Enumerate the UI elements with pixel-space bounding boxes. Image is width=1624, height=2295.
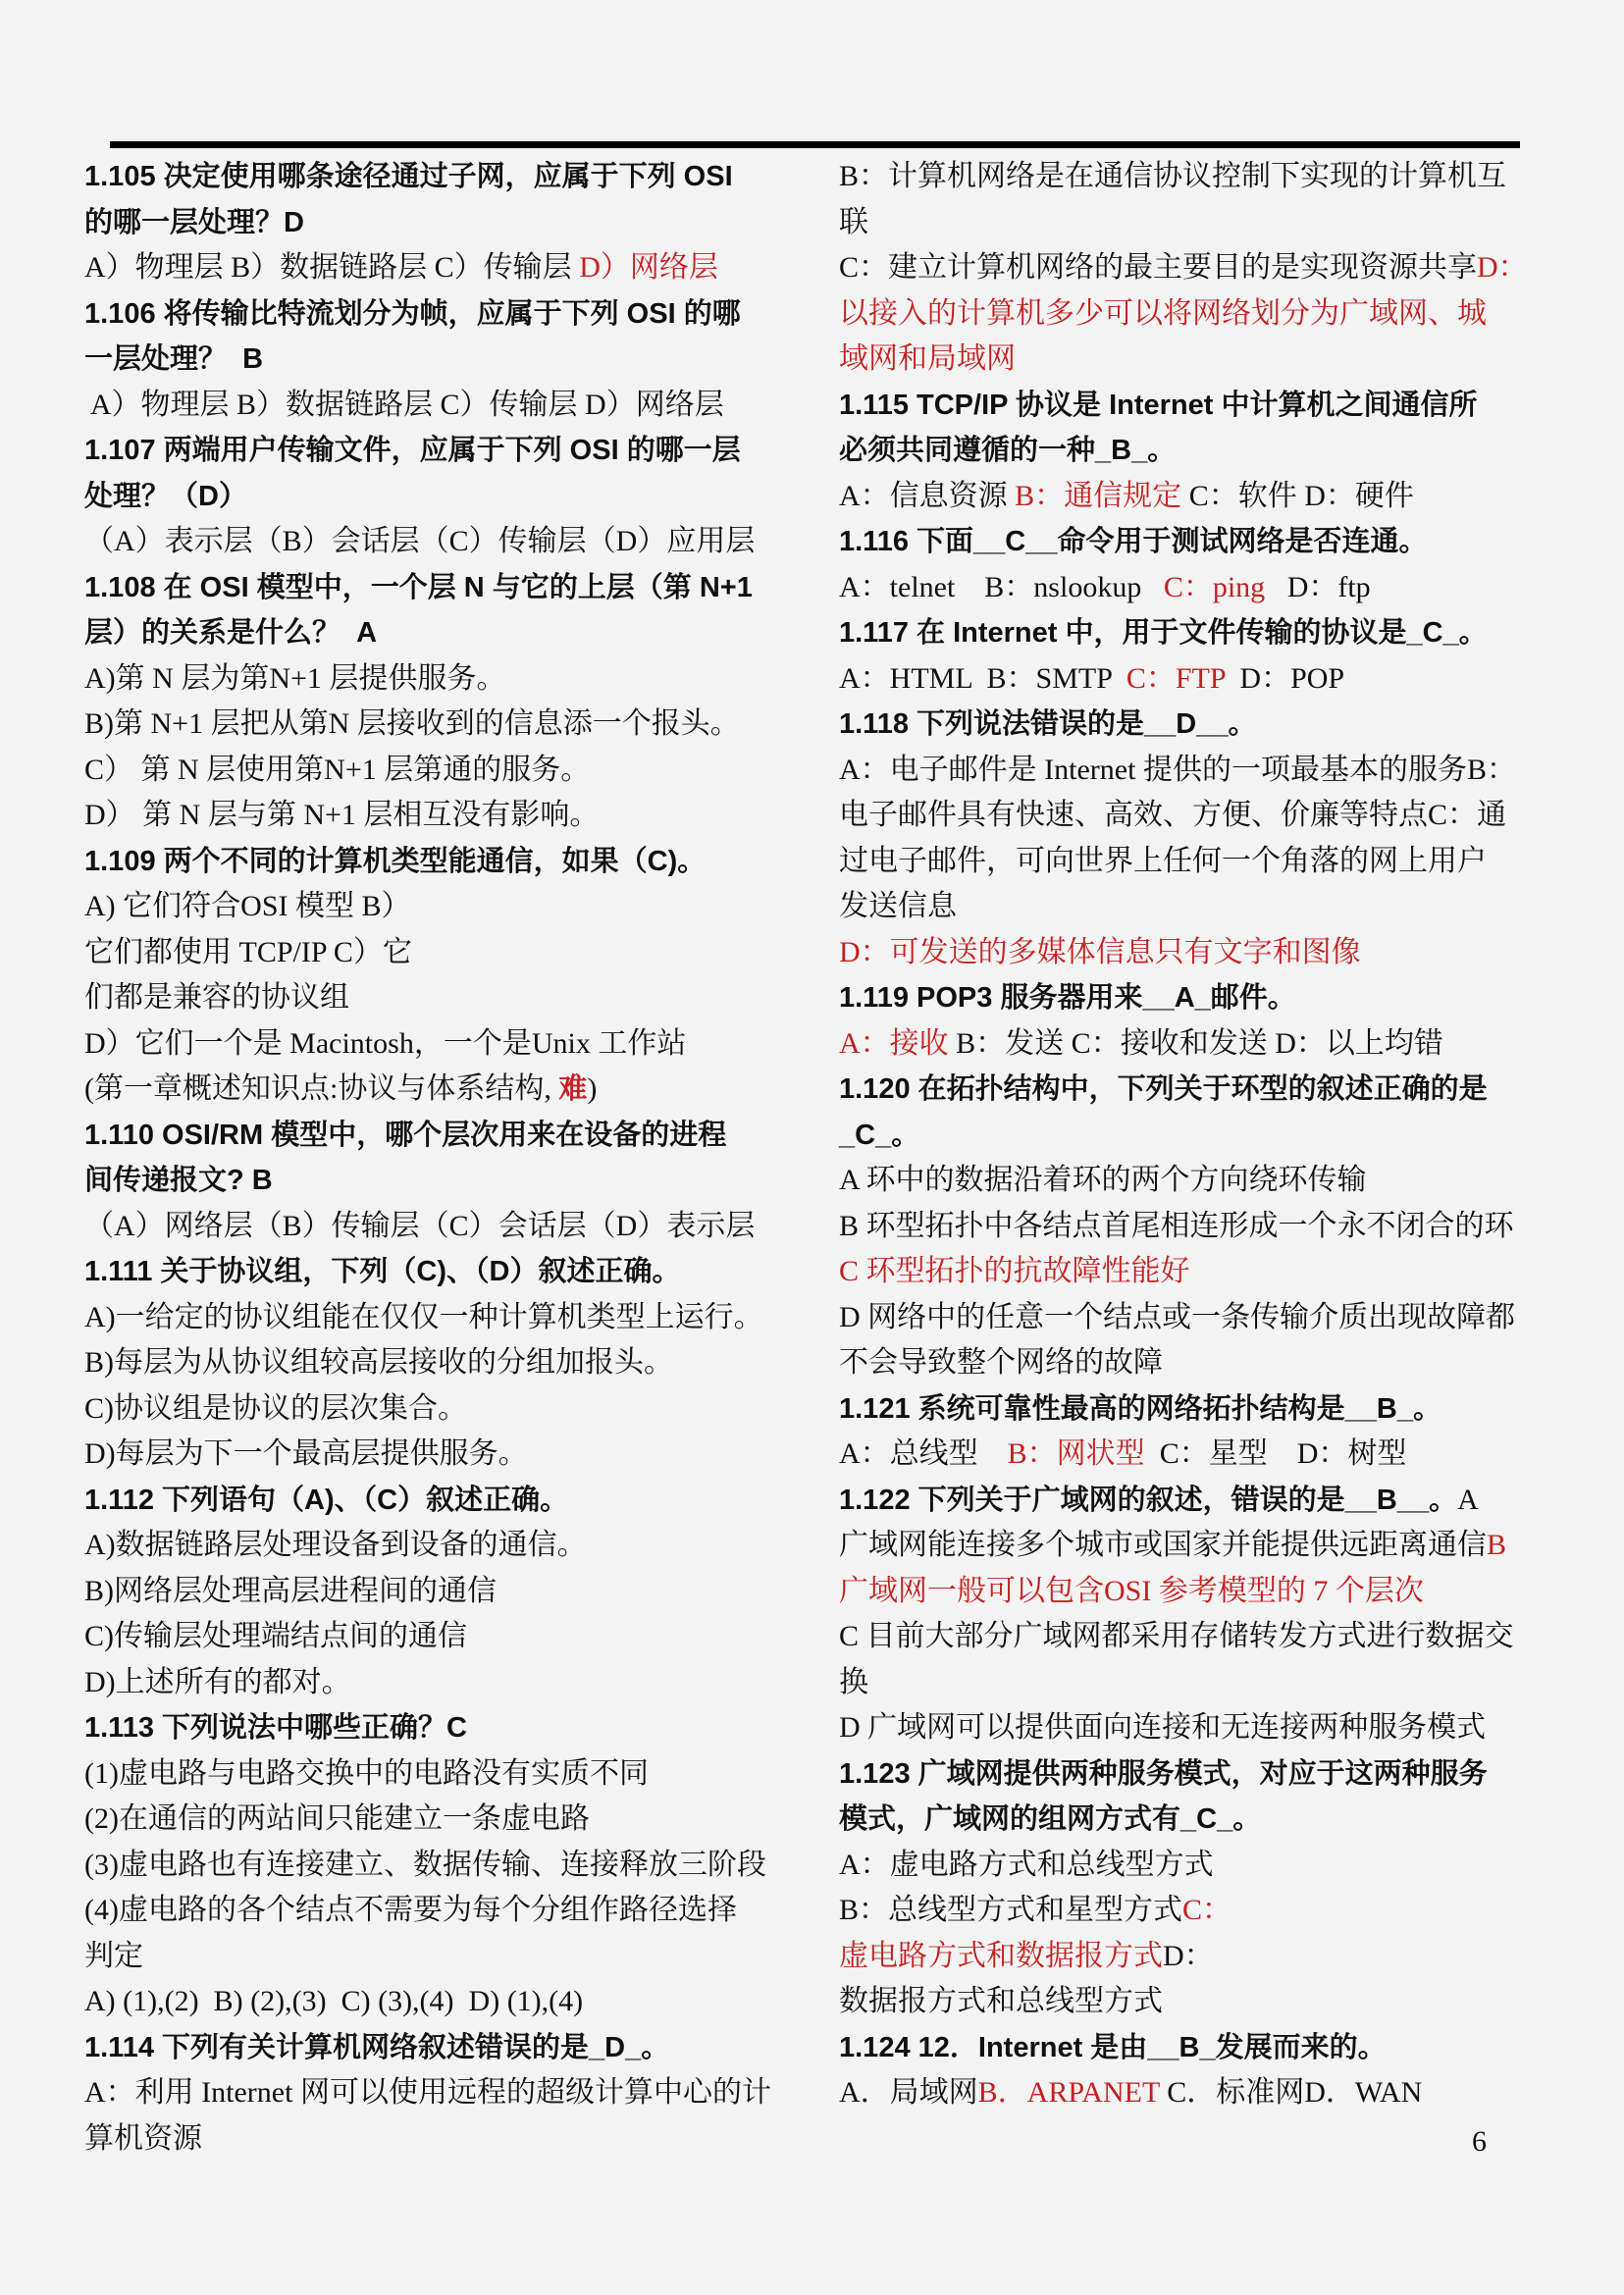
text-segment: A)一给定的协议组能在仅仅一种计算机类型上运行。 [84,1301,763,1333]
text-segment: A 环中的数据沿着环的两个方向绕环传输 [839,1164,1367,1196]
text-segment: A：虚电路方式和总线型方式 [839,1849,1214,1881]
text-line: A)第 N 层为第N+1 层提供服务。 [84,656,796,703]
text-line: (3)虚电路也有连接建立、数据传输、连接释放三阶段 [84,1843,796,1889]
text-line: 1.123 广域网提供两种服务模式，对应于这两种服务 [839,1751,1541,1798]
text-line: 一层处理？ B [84,337,796,383]
text-segment: A）物理层 B）数据链路层 C）传输层 [84,251,579,284]
text-segment: 以接入的计算机多少可以将网络划分为广域网、城 [839,297,1487,330]
text-line: D)上述所有的都对。 [84,1660,796,1706]
text-segment: D 广域网可以提供面向连接和无连接两种服务模式 [839,1711,1486,1744]
top-rule [110,141,1520,148]
text-segment: 1.120 在拓扑结构中，下列关于环型的叙述正确的是 [839,1073,1488,1105]
text-line: A．局域网B．ARPANET C．标准网D．WAN [839,2070,1541,2116]
text-segment: 间传递报文? B [84,1165,273,1196]
text-line: 1.114 下列有关计算机网络叙述错误的是_D_。 [84,2025,796,2071]
text-segment: 层）的关系是什么？ A [84,617,377,649]
text-line: A) 它们符合OSI 模型 B） [84,884,796,930]
text-line: 必须共同遵循的一种_B_。 [839,428,1541,474]
text-segment: 1.108 在 OSI 模型中，一个层 N 与它的上层（第 N+1 [84,572,753,603]
text-line: 间传递报文? B [84,1158,796,1204]
text-segment: 1.123 广域网提供两种服务模式，对应于这两种服务 [839,1758,1488,1790]
text-segment: A)第 N 层为第N+1 层提供服务。 [84,662,505,695]
text-line: C） 第 N 层使用第N+1 层第通的服务。 [84,748,796,794]
text-segment: 1.116 下面__C__命令用于测试网络是否连通。 [839,526,1428,557]
right-column: B：计算机网络是在通信协议控制下实现的计算机互联C：建立计算机网络的最主要目的是… [839,154,1541,2116]
text-segment: 1.121 系统可靠性最高的网络拓扑结构是__B_。 [839,1393,1441,1425]
text-line: 虚电路方式和数据报方式D： [839,1934,1541,1980]
text-segment: 1.114 下列有关计算机网络叙述错误的是_D_。 [84,2032,669,2063]
text-line: A)一给定的协议组能在仅仅一种计算机类型上运行。 [84,1295,796,1341]
text-segment: A：接收 [839,1027,949,1060]
text-segment: B)每层为从协议组较高层接收的分组加报头。 [84,1346,673,1379]
text-line: C)协议组是协议的层次集合。 [84,1386,796,1433]
text-segment: B)网络层处理高层进程间的通信 [84,1575,497,1607]
text-line: （A）表示层（B）会话层（C）传输层（D）应用层 [84,519,796,565]
text-line: 1.118 下列说法错误的是__D__。 [839,702,1541,748]
text-line: 1.115 TCP/IP 协议是 Internet 中计算机之间通信所 [839,383,1541,429]
text-line: A 环中的数据沿着环的两个方向绕环传输 [839,1158,1541,1204]
text-segment: 它们都使用 TCP/IP C）它 [84,936,412,968]
text-segment: _C_。 [839,1120,919,1151]
text-segment: 1.109 两个不同的计算机类型能通信，如果（C)。 [84,846,706,877]
text-segment: 换 [839,1666,868,1698]
text-segment: C：星型 D：树型 [1145,1437,1407,1470]
text-segment: D）它们一个是 Macintosh，一个是Unix 工作站 [84,1027,686,1060]
text-segment: 广域网能连接多个城市或国家并能提供远距离通信 [839,1529,1487,1561]
text-line: (第一章概述知识点:协议与体系结构, 难) [84,1067,796,1113]
text-segment: ) [587,1072,597,1105]
text-line: D)每层为下一个最高层提供服务。 [84,1432,796,1478]
text-segment: 必须共同遵循的一种_B_。 [839,435,1176,466]
text-line: _C_。 [839,1113,1541,1159]
text-segment: D： [1477,251,1528,284]
text-segment: 1.107 两端用户传输文件，应属于下列 OSI 的哪一层 [84,435,741,466]
text-segment: B：总线型方式和星型方式 [839,1894,1182,1926]
text-segment: （A）网络层（B）传输层（C）会话层（D）表示层 [84,1210,755,1242]
text-line: C：建立计算机网络的最主要目的是实现资源共享D： [839,245,1541,291]
text-segment: C：ping [1164,571,1265,603]
text-segment: 们都是兼容的协议组 [84,981,349,1014]
text-segment: B：通信规定 [1015,480,1181,512]
text-line: B)网络层处理高层进程间的通信 [84,1569,796,1615]
text-segment: 1.112 下列语句（A)、（C）叙述正确。 [84,1485,568,1516]
text-line: 过电子邮件，可向世界上任何一个角落的网上用户 [839,839,1541,885]
text-segment: 虚电路方式和数据报方式 [839,1940,1163,1972]
text-segment: 处理？（D） [84,481,247,512]
text-line: 层）的关系是什么？ A [84,610,796,656]
text-segment: A：HTML B：SMTP [839,662,1126,695]
text-segment: 1.110 OSI/RM 模型中，哪个层次用来在设备的进程 [84,1120,726,1151]
text-segment: B)第 N+1 层把从第N 层接收到的信息添一个报头。 [84,707,740,740]
text-segment: C．标准网D．WAN [1160,2076,1423,2109]
text-segment: 难 [558,1073,587,1105]
text-segment: 1.113 下列说法中哪些正确？C [84,1712,467,1744]
text-segment: A)数据链路层处理设备到设备的通信。 [84,1529,587,1561]
text-line: 1.120 在拓扑结构中，下列关于环型的叙述正确的是 [839,1067,1541,1113]
text-line: D：可发送的多媒体信息只有文字和图像 [839,930,1541,976]
text-line: 不会导致整个网络的故障 [839,1340,1541,1386]
text-line: 广域网能连接多个城市或国家并能提供远距离通信B [839,1523,1541,1569]
text-line: A：信息资源 B：通信规定 C：软件 D：硬件 [839,474,1541,520]
text-line: A：接收 B：发送 C：接收和发送 D：以上均错 [839,1021,1541,1068]
text-segment: (第一章概述知识点:协议与体系结构, [84,1072,558,1105]
text-line: D 网络中的任意一个结点或一条传输介质出现故障都 [839,1295,1541,1341]
text-line: A：利用 Internet 网可以使用远程的超级计算中心的计 [84,2070,796,2116]
text-segment: C 目前大部分广域网都采用存储转发方式进行数据交 [839,1620,1514,1652]
text-segment: A [1457,1484,1479,1516]
left-column: 1.105 决定使用哪条途径通过子网，应属于下列 OSI的哪一层处理？DA）物理… [84,154,796,2162]
text-line: D） 第 N 层与第 N+1 层相互没有影响。 [84,793,796,839]
text-segment: 的哪一层处理？D [84,207,304,238]
text-segment: D） 第 N 层与第 N+1 层相互没有影响。 [84,799,599,831]
text-line: 域网和局域网 [839,337,1541,383]
text-line: D 广域网可以提供面向连接和无连接两种服务模式 [839,1705,1541,1751]
text-segment: 1.105 决定使用哪条途径通过子网，应属于下列 OSI [84,161,733,192]
text-line: D）它们一个是 Macintosh，一个是Unix 工作站 [84,1021,796,1068]
text-segment: 判定 [84,1940,143,1972]
text-segment: B：发送 C：接收和发送 D：以上均错 [949,1027,1443,1060]
text-segment: 1.111 关于协议组，下列（C)、（D）叙述正确。 [84,1256,680,1287]
text-segment: 1.124 12．Internet 是由__B_发展而来的。 [839,2032,1387,2063]
text-line: 模式，广域网的组网方式有_C_。 [839,1797,1541,1843]
text-segment: A．局域网 [839,2076,978,2109]
text-line: 1.108 在 OSI 模型中，一个层 N 与它的上层（第 N+1 [84,565,796,611]
text-line: 1.113 下列说法中哪些正确？C [84,1705,796,1751]
text-line: 1.111 关于协议组，下列（C)、（D）叙述正确。 [84,1249,796,1295]
text-segment: A：总线型 [839,1437,1008,1470]
text-segment: 不会导致整个网络的故障 [839,1346,1163,1379]
page-number: 6 [1472,2125,1487,2159]
document-page: 1.105 决定使用哪条途径通过子网，应属于下列 OSI的哪一层处理？DA）物理… [0,0,1624,2295]
text-line: B：总线型方式和星型方式C： [839,1888,1541,1934]
text-segment: 1.119 POP3 服务器用来__A_邮件。 [839,982,1296,1014]
text-segment: 数据报方式和总线型方式 [839,1985,1163,2017]
text-segment: 一层处理？ B [84,343,263,375]
text-line: （A）网络层（B）传输层（C）会话层（D）表示层 [84,1204,796,1250]
text-segment: 1.106 将传输比特流划分为帧，应属于下列 OSI 的哪 [84,298,741,330]
text-line: 数据报方式和总线型方式 [839,1979,1541,2025]
text-line: C)传输层处理端结点间的通信 [84,1614,796,1660]
text-line: A：总线型 B：网状型 C：星型 D：树型 [839,1432,1541,1478]
text-segment: A：电子邮件是 Internet 提供的一项最基本的服务B： [839,754,1516,786]
text-line: 1.119 POP3 服务器用来__A_邮件。 [839,975,1541,1021]
text-segment: 发送信息 [839,890,957,922]
text-segment: B：计算机网络是在通信协议控制下实现的计算机互 [839,160,1506,192]
text-line: 处理？（D） [84,474,796,520]
text-line: 1.109 两个不同的计算机类型能通信，如果（C)。 [84,839,796,885]
text-line: A：电子邮件是 Internet 提供的一项最基本的服务B： [839,748,1541,794]
text-segment: 1.122 下列关于广域网的叙述，错误的是__B__。 [839,1485,1457,1516]
text-line: A) (1),(2) B) (2),(3) C) (3),(4) D) (1),… [84,1979,796,2025]
text-line: 1.110 OSI/RM 模型中，哪个层次用来在设备的进程 [84,1113,796,1159]
text-line: (1)虚电路与电路交换中的电路没有实质不同 [84,1751,796,1798]
text-line: C 目前大部分广域网都采用存储转发方式进行数据交 [839,1614,1541,1660]
text-segment: D)每层为下一个最高层提供服务。 [84,1437,528,1470]
text-segment: (3)虚电路也有连接建立、数据传输、连接释放三阶段 [84,1849,766,1881]
text-segment: （A）表示层（B）会话层（C）传输层（D）应用层 [84,525,755,557]
text-segment: 广域网一般可以包含OSI 参考模型的 7 个层次 [839,1575,1424,1607]
text-line: B：计算机网络是在通信协议控制下实现的计算机互 [839,154,1541,200]
text-line: A）物理层 B）数据链路层 C）传输层 D）网络层 [84,383,796,429]
text-line: 它们都使用 TCP/IP C）它 [84,930,796,976]
text-line: A：telnet B：nslookup C：ping D：ftp [839,565,1541,611]
text-line: 1.122 下列关于广域网的叙述，错误的是__B__。A [839,1478,1541,1524]
text-segment: C：软件 D：硬件 [1181,480,1414,512]
text-segment: A) 它们符合OSI 模型 B） [84,890,411,922]
text-segment: C 环型拓扑的抗故障性能好 [839,1255,1190,1287]
text-segment: A：利用 Internet 网可以使用远程的超级计算中心的计 [84,2076,771,2109]
text-segment: D：POP [1225,662,1344,695]
text-line: B 环型拓扑中各结点首尾相连形成一个永不闭合的环 [839,1204,1541,1250]
text-line: B)每层为从协议组较高层接收的分组加报头。 [84,1340,796,1386]
text-segment: 域网和局域网 [839,342,1016,375]
text-line: 换 [839,1660,1541,1706]
text-line: 联 [839,200,1541,246]
text-segment: C)传输层处理端结点间的通信 [84,1620,467,1652]
text-line: 1.116 下面__C__命令用于测试网络是否连通。 [839,519,1541,565]
text-line: A：虚电路方式和总线型方式 [839,1843,1541,1889]
text-line: 1.117 在 Internet 中，用于文件传输的协议是_C_。 [839,610,1541,656]
text-segment: 过电子邮件，可向世界上任何一个角落的网上用户 [839,845,1487,877]
text-segment: 1.118 下列说法错误的是__D__。 [839,708,1257,740]
text-segment: 算机资源 [84,2122,202,2155]
text-segment: C） 第 N 层使用第N+1 层第通的服务。 [84,754,590,786]
text-segment: A) (1),(2) B) (2),(3) C) (3),(4) D) (1),… [84,1985,583,2017]
text-segment: C：建立计算机网络的最主要目的是实现资源共享 [839,251,1477,284]
text-segment: B．ARPANET [978,2076,1160,2109]
text-segment: D)上述所有的都对。 [84,1666,351,1698]
text-segment: A：信息资源 [839,480,1015,512]
text-line: 以接入的计算机多少可以将网络划分为广域网、城 [839,291,1541,338]
text-segment: B 环型拓扑中各结点首尾相连形成一个永不闭合的环 [839,1210,1514,1242]
text-segment: A：telnet B：nslookup [839,571,1164,603]
text-segment: 联 [839,206,868,238]
text-line: 判定 [84,1934,796,1980]
text-segment: D 网络中的任意一个结点或一条传输介质出现故障都 [839,1301,1515,1333]
text-segment: (2)在通信的两站间只能建立一条虚电路 [84,1802,590,1835]
text-segment: D： [1163,1940,1214,1972]
text-segment: C)协议组是协议的层次集合。 [84,1392,467,1425]
text-segment: A）物理层 B）数据链路层 C）传输层 D）网络层 [84,389,724,421]
text-line: 1.105 决定使用哪条途径通过子网，应属于下列 OSI [84,154,796,200]
text-segment: D）网络层 [579,251,718,284]
text-line: 1.107 两端用户传输文件，应属于下列 OSI 的哪一层 [84,428,796,474]
text-line: 电子邮件具有快速、高效、方便、价廉等特点C：通 [839,793,1541,839]
text-line: 广域网一般可以包含OSI 参考模型的 7 个层次 [839,1569,1541,1615]
text-line: C 环型拓扑的抗故障性能好 [839,1249,1541,1295]
text-segment: C： [1182,1894,1231,1926]
text-line: 1.124 12．Internet 是由__B_发展而来的。 [839,2025,1541,2071]
text-line: A：HTML B：SMTP C：FTP D：POP [839,656,1541,703]
text-segment: B [1487,1529,1506,1561]
text-segment: D：ftp [1265,571,1371,603]
text-line: A)数据链路层处理设备到设备的通信。 [84,1523,796,1569]
text-segment: 电子邮件具有快速、高效、方便、价廉等特点C：通 [839,799,1506,831]
text-line: 1.121 系统可靠性最高的网络拓扑结构是__B_。 [839,1386,1541,1433]
text-line: (2)在通信的两站间只能建立一条虚电路 [84,1797,796,1843]
text-segment: 1.117 在 Internet 中，用于文件传输的协议是_C_。 [839,617,1488,649]
text-segment: (1)虚电路与电路交换中的电路没有实质不同 [84,1757,649,1790]
text-line: A）物理层 B）数据链路层 C）传输层 D）网络层 [84,245,796,291]
text-line: 们都是兼容的协议组 [84,975,796,1021]
text-segment: C：FTP [1126,662,1226,695]
text-line: 的哪一层处理？D [84,200,796,246]
text-segment: (4)虚电路的各个结点不需要为每个分组作路径选择 [84,1894,737,1926]
text-line: 算机资源 [84,2116,796,2163]
text-line: 发送信息 [839,884,1541,930]
text-segment: 1.115 TCP/IP 协议是 Internet 中计算机之间通信所 [839,390,1477,421]
text-line: B)第 N+1 层把从第N 层接收到的信息添一个报头。 [84,702,796,748]
text-segment: 模式，广域网的组网方式有_C_。 [839,1803,1261,1835]
text-line: 1.112 下列语句（A)、（C）叙述正确。 [84,1478,796,1524]
text-segment: B：网状型 [1008,1437,1145,1470]
text-line: (4)虚电路的各个结点不需要为每个分组作路径选择 [84,1888,796,1934]
text-segment: D：可发送的多媒体信息只有文字和图像 [839,936,1361,968]
text-line: 1.106 将传输比特流划分为帧，应属于下列 OSI 的哪 [84,291,796,338]
